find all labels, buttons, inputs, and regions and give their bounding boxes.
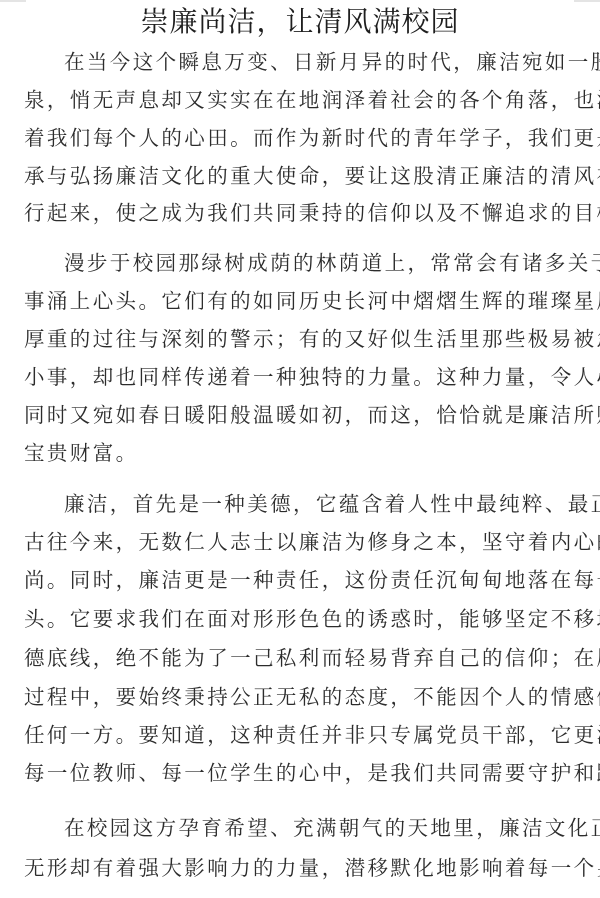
paragraph-line: 在当今这个瞬息万变、日新月异的时代，廉洁宛如一股清澈的甘 bbox=[64, 49, 600, 75]
paragraph-line: 行起来，使之成为我们共同秉持的信仰以及不懈追求的目标。 bbox=[24, 200, 584, 226]
paragraph-line: 着我们每个人的心田。而作为新时代的青年学子，我们更是承载着传 bbox=[24, 125, 584, 151]
paragraph-line: 漫步于校园那绿树成荫的林荫道上，常常会有诸多关于廉洁的故 bbox=[64, 250, 600, 276]
paragraph-line: 古往今来，无数仁人志士以廉洁为修身之本，坚守着内心的纯净与高 bbox=[24, 529, 584, 555]
paragraph-line: 头。它要求我们在面对形形色色的诱惑时，能够坚定不移地坚守住道 bbox=[24, 606, 584, 632]
paragraph-line: 厚重的过往与深刻的警示；有的又好似生活里那些极易被忽略的点滴 bbox=[24, 326, 584, 352]
paragraph-line: 泉，悄无声息却又实实在在地润泽着社会的各个角落，也深深地滋养 bbox=[24, 87, 584, 113]
paragraph-line: 任何一方。要知道，这种责任并非只专属党员干部，它更深深扎根在 bbox=[24, 722, 584, 748]
paragraph-line: 无形却有着强大影响力的力量，潜移默化地影响着每一个身处其中的 bbox=[24, 855, 584, 881]
paragraph-line: 每一位教师、每一位学生的心中，是我们共同需要守护和践行的准则。 bbox=[24, 760, 584, 786]
paragraph-line: 德底线，绝不能为了一己私利而轻易背弃自己的信仰；在履行职责的 bbox=[24, 645, 584, 671]
page-edge-right bbox=[574, 0, 600, 2]
paragraph-line: 宝贵财富。 bbox=[24, 440, 584, 466]
page-edge-left bbox=[0, 0, 26, 2]
paragraph-line: 承与弘扬廉洁文化的重大使命，要让这股清正廉洁的清风在校园中盛 bbox=[24, 163, 584, 189]
paragraph-line: 事涌上心头。它们有的如同历史长河中熠熠生辉的璀璨星辰，承载着 bbox=[24, 288, 584, 314]
document-page: 崇廉尚洁，让清风满校园 在当今这个瞬息万变、日新月异的时代，廉洁宛如一股清澈的甘… bbox=[0, 0, 600, 898]
paragraph-line: 小事，却也同样传递着一种独特的力量。这种力量，令人心生敬畏， bbox=[24, 364, 584, 390]
paragraph-line: 尚。同时，廉洁更是一种责任，这份责任沉甸甸地落在每一个人的肩 bbox=[24, 567, 584, 593]
paragraph-line: 在校园这方孕育希望、充满朝气的天地里，廉洁文化正如同一种 bbox=[64, 815, 600, 841]
paragraph-line: 过程中，要始终秉持公正无私的态度，不能因个人的情感偏向而偏袒 bbox=[24, 684, 584, 710]
paragraph-line: 同时又宛如春日暖阳般温暖如初，而这，恰恰就是廉洁所赋予我们的 bbox=[24, 402, 584, 428]
document-title: 崇廉尚洁，让清风满校园 bbox=[0, 4, 600, 40]
paragraph-line: 廉洁，首先是一种美德，它蕴含着人性中最纯粹、最正直的品质。 bbox=[64, 491, 600, 517]
